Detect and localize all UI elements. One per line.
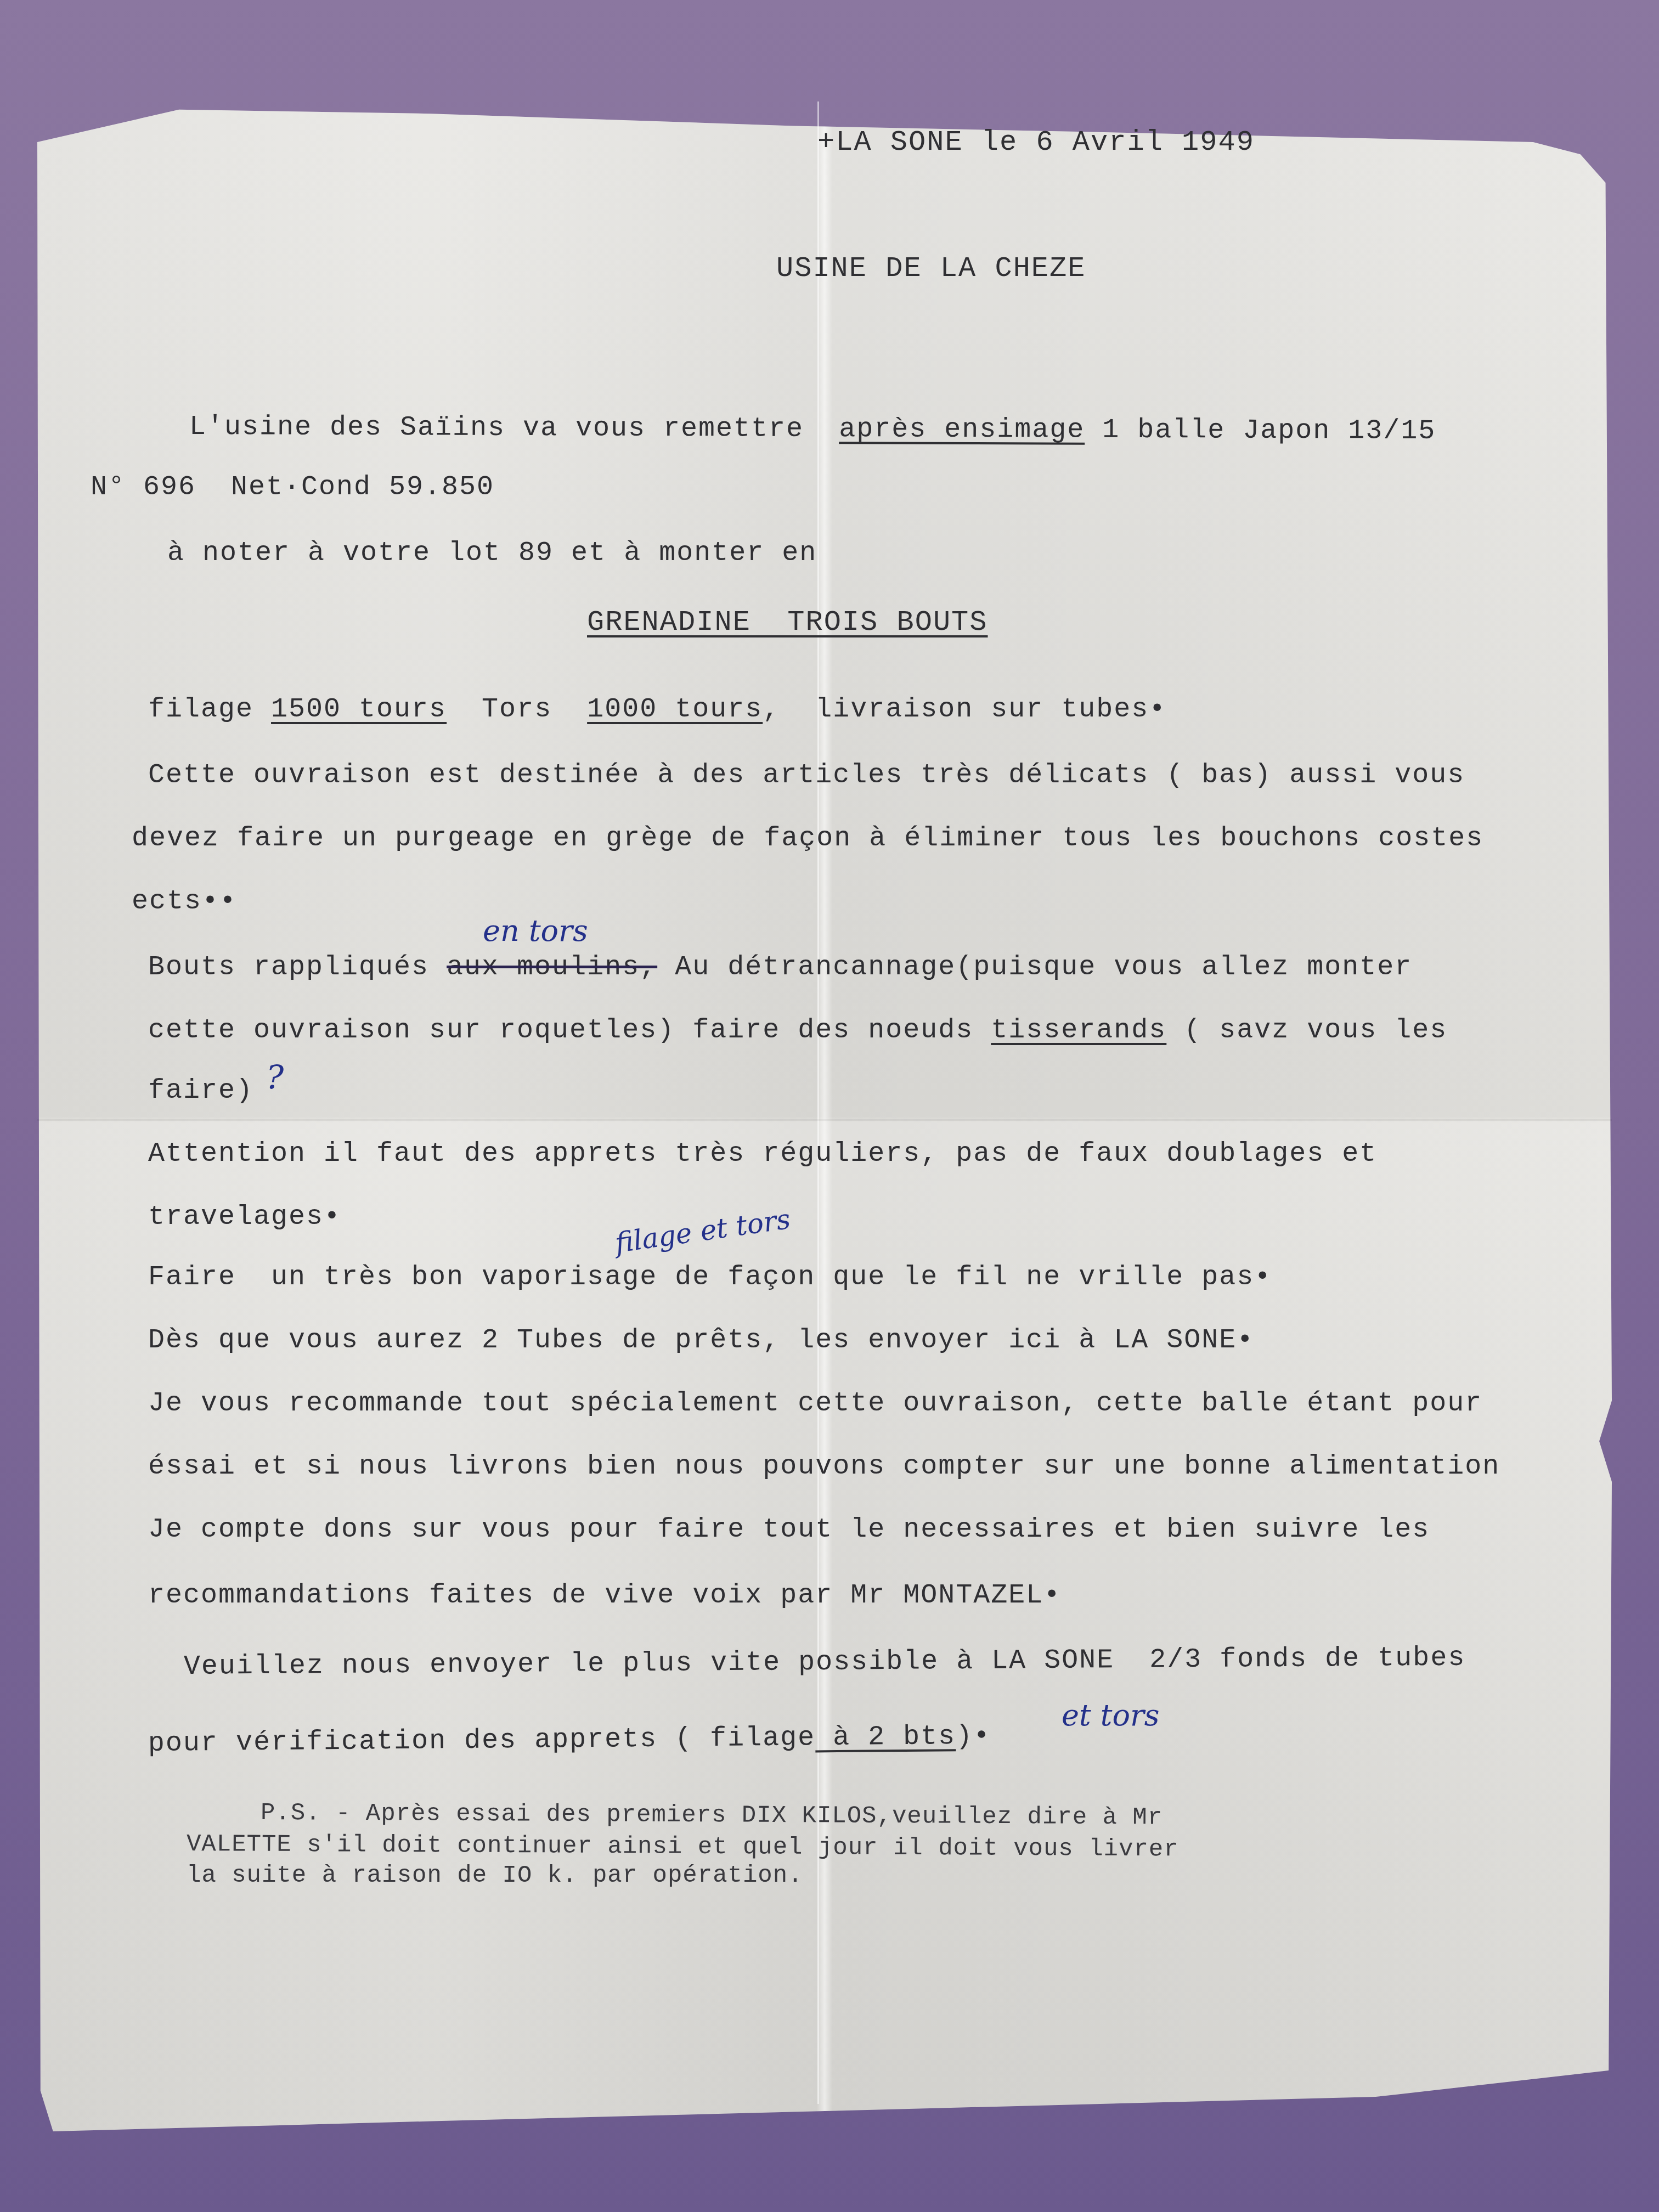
paragraph-7-line-1: Je vous recommande tout spécialement cet… [148,1388,1482,1419]
paragraph-2-line-1: Cette ouvraison est destinée à des artic… [148,760,1465,791]
postscript-line-2: VALETTE s'il doit continuer ainsi et que… [187,1831,1179,1863]
text: L'usine des Saïins va vous remettre [189,411,839,445]
underlined-text: 1000 tours [587,694,763,725]
handwritten-note-et-tors: et tors [1062,1698,1160,1733]
text: filage [148,694,271,725]
text: ( savz vous les [1166,1015,1447,1046]
paragraph-5: Faire un très bon vaporisage de façon qu… [148,1262,1272,1293]
postscript-line-3: la suite à raison de IO k. par opération… [187,1862,803,1889]
text: , livraison sur tubes• [763,694,1166,725]
paragraph-3-line-3: faire) [148,1075,253,1107]
underlined-text: tisserands [991,1015,1166,1046]
paragraph-1-line-2: N° 696 Net·Cond 59.850 [91,472,494,503]
text: Bouts rappliqués [148,952,447,983]
product-title: GRENADINE TROIS BOUTS [587,606,988,639]
postscript-line-1: P.S. - Après essai des premiers DIX KILO… [261,1799,1163,1832]
paragraph-2-line-2: devez faire un purgeage en grège de faço… [132,823,1483,854]
recipient-heading: USINE DE LA CHEZE [776,252,1086,285]
paragraph-4-line-1: Attention il faut des apprets très régul… [148,1138,1377,1170]
underlined-text: après ensimage [839,414,1085,446]
paragraph-7-line-2: éssai et si nous livrons bien nous pouvo… [148,1451,1500,1482]
text: pour vérification des apprets ( filage [148,1722,816,1759]
spec-line: filage 1500 tours Tors 1000 tours, livra… [148,694,1166,725]
text: Tors [447,694,587,725]
text: )• [956,1721,991,1753]
paragraph-4-line-2: travelages• [148,1201,341,1233]
underlined-text: à 2 bts [815,1721,956,1753]
paragraph-2-line-3: ects•• [132,886,237,917]
underlined-text: 1500 tours [271,694,447,725]
text: Au détrancannage(puisque vous allez mont… [657,952,1412,983]
paragraph-3-line-2: cette ouvraison sur roquetles) faire des… [148,1015,1447,1046]
dateline: +LA SONE le 6 Avril 1949 [817,126,1255,159]
paragraph-7-line-3: Je compte dons sur vous pour faire tout … [148,1514,1430,1545]
text: 1 balle Japon 13/15 [1085,415,1436,447]
fold-crease-horizontal [37,1119,1612,1121]
paragraph-6: Dès que vous aurez 2 Tubes de prêts, les… [148,1325,1254,1356]
handwritten-question-mark: ? [266,1059,284,1097]
handwritten-correction-en-tors: en tors [483,913,588,948]
paragraph-1-line-1: L'usine des Saïins va vous remettre aprè… [189,411,1436,447]
struck-through-text: aux moulins, [447,952,657,983]
text: cette ouvraison sur roquetles) faire des… [148,1015,991,1046]
paragraph-3-line-1: Bouts rappliqués aux moulins, Au détranc… [148,952,1412,983]
paragraph-1-line-3: à noter à votre lot 89 et à monter en [167,538,817,569]
paragraph-7-line-4: recommandations faites de vive voix par … [148,1580,1061,1611]
